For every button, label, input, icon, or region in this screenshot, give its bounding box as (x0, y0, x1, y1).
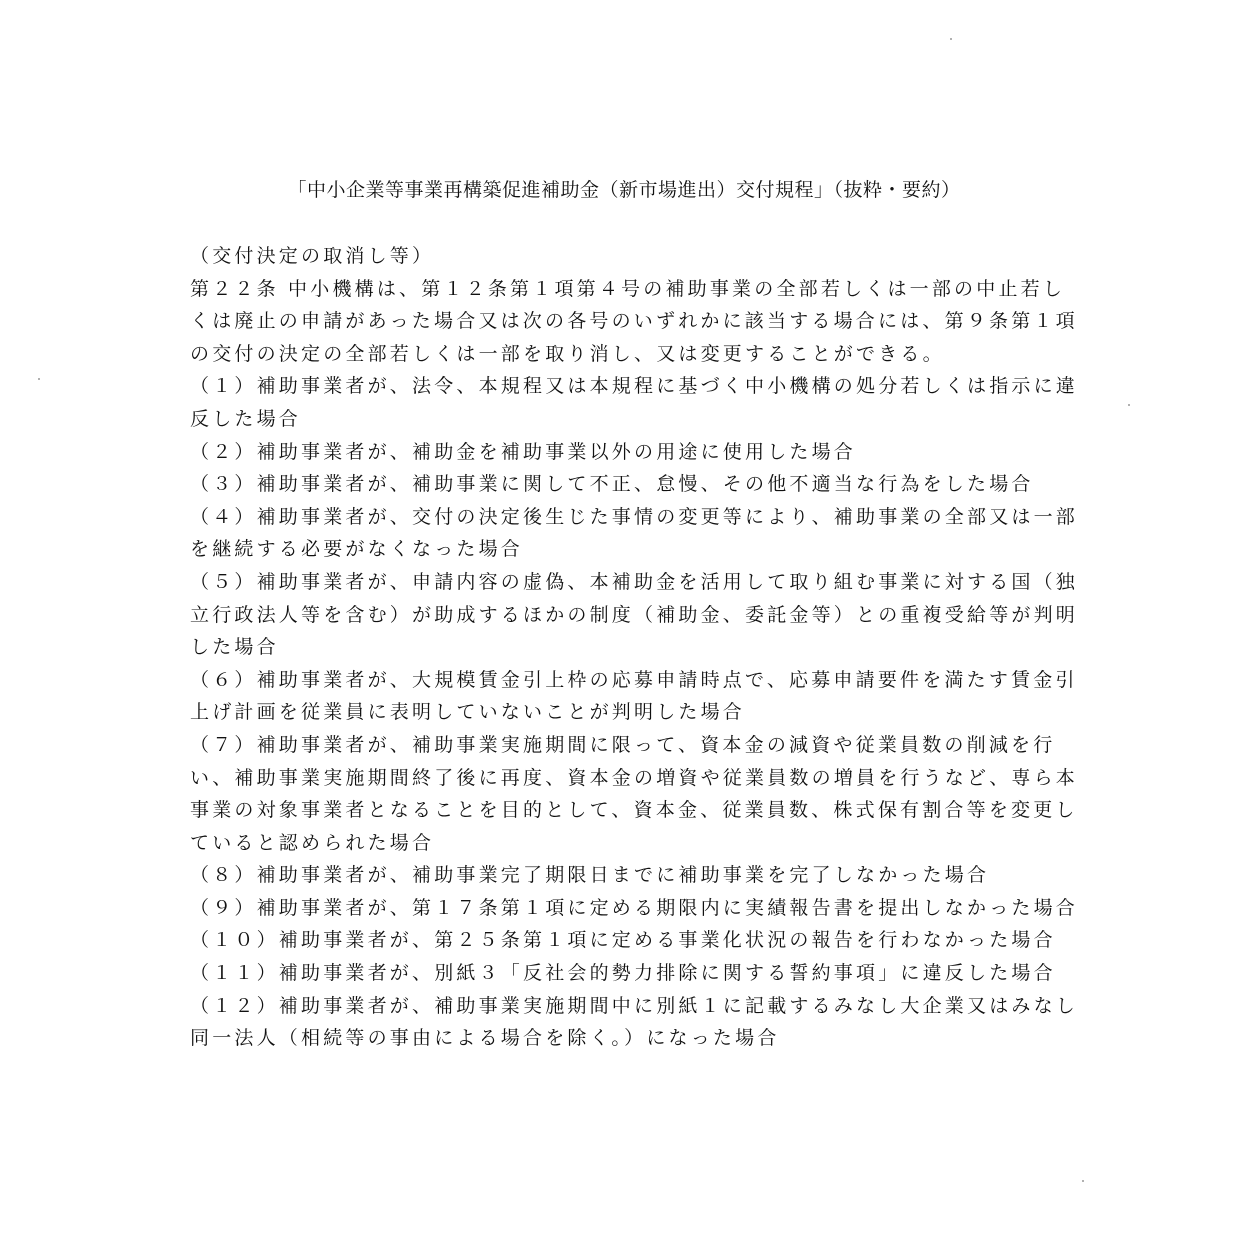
item-10: （１０）補助事業者が、第２５条第１項に定める事業化状況の報告を行わなかった場合 (190, 924, 1090, 957)
item-12-line-2: 同一法人（相続等の事由による場合を除く。）になった場合 (190, 1022, 1090, 1055)
item-9: （９）補助事業者が、第１７条第１項に定める期限内に実績報告書を提出しなかった場合 (190, 892, 1090, 925)
article-22-line-2: くは廃止の申請があった場合又は次の各号のいずれかに該当する場合には、第９条第１項 (190, 305, 1090, 338)
item-5-line-1: （５）補助事業者が、申請内容の虚偽、本補助金を活用して取り組む事業に対する国（独 (190, 566, 1090, 599)
item-7-line-2: い、補助事業実施期間終了後に再度、資本金の増資や従業員数の増員を行うなど、専ら本 (190, 762, 1090, 795)
document-page: 「中小企業等事業再構築促進補助金（新市場進出）交付規程」（抜粋・要約） （交付決… (0, 0, 1248, 1248)
item-4-line-2: を継続する必要がなくなった場合 (190, 533, 1090, 566)
document-body: （交付決定の取消し等） 第２２条 中小機構は、第１２条第１項第４号の補助事業の全… (190, 240, 1090, 1055)
document-title: 「中小企業等事業再構築促進補助金（新市場進出）交付規程」（抜粋・要約） (0, 176, 1248, 204)
item-4-line-1: （４）補助事業者が、交付の決定後生じた事情の変更等により、補助事業の全部又は一部 (190, 501, 1090, 534)
item-6-line-1: （６）補助事業者が、大規模賃金引上枠の応募申請時点で、応募申請要件を満たす賃金引 (190, 664, 1090, 697)
item-11: （１１）補助事業者が、別紙３「反社会的勢力排除に関する誓約事項」に違反した場合 (190, 957, 1090, 990)
item-1-line-1: （１）補助事業者が、法令、本規程又は本規程に基づく中小機構の処分若しくは指示に違 (190, 370, 1090, 403)
section-heading: （交付決定の取消し等） (190, 240, 1090, 273)
article-22-line-1: 第２２条 中小機構は、第１２条第１項第４号の補助事業の全部若しくは一部の中止若し (190, 273, 1090, 306)
item-7-line-3: 事業の対象事業者となることを目的として、資本金、従業員数、株式保有割合等を変更し (190, 794, 1090, 827)
scan-speck (38, 378, 40, 380)
item-12-line-1: （１２）補助事業者が、補助事業実施期間中に別紙１に記載するみなし大企業又はみなし (190, 990, 1090, 1023)
item-8: （８）補助事業者が、補助事業完了期限日までに補助事業を完了しなかった場合 (190, 859, 1090, 892)
item-2: （２）補助事業者が、補助金を補助事業以外の用途に使用した場合 (190, 436, 1090, 469)
scan-speck (950, 38, 952, 40)
item-5-line-2: 立行政法人等を含む）が助成するほかの制度（補助金、委託金等）との重複受給等が判明 (190, 599, 1090, 632)
item-1-line-2: 反した場合 (190, 403, 1090, 436)
item-7-line-4: ていると認められた場合 (190, 827, 1090, 860)
item-3: （３）補助事業者が、補助事業に関して不正、怠慢、その他不適当な行為をした場合 (190, 468, 1090, 501)
item-5-line-3: した場合 (190, 631, 1090, 664)
item-7-line-1: （７）補助事業者が、補助事業実施期間に限って、資本金の減資や従業員数の削減を行 (190, 729, 1090, 762)
scan-speck (1082, 1180, 1084, 1182)
scan-speck (1128, 404, 1130, 406)
item-6-line-2: 上げ計画を従業員に表明していないことが判明した場合 (190, 696, 1090, 729)
article-22-line-3: の交付の決定の全部若しくは一部を取り消し、又は変更することができる。 (190, 338, 1090, 371)
